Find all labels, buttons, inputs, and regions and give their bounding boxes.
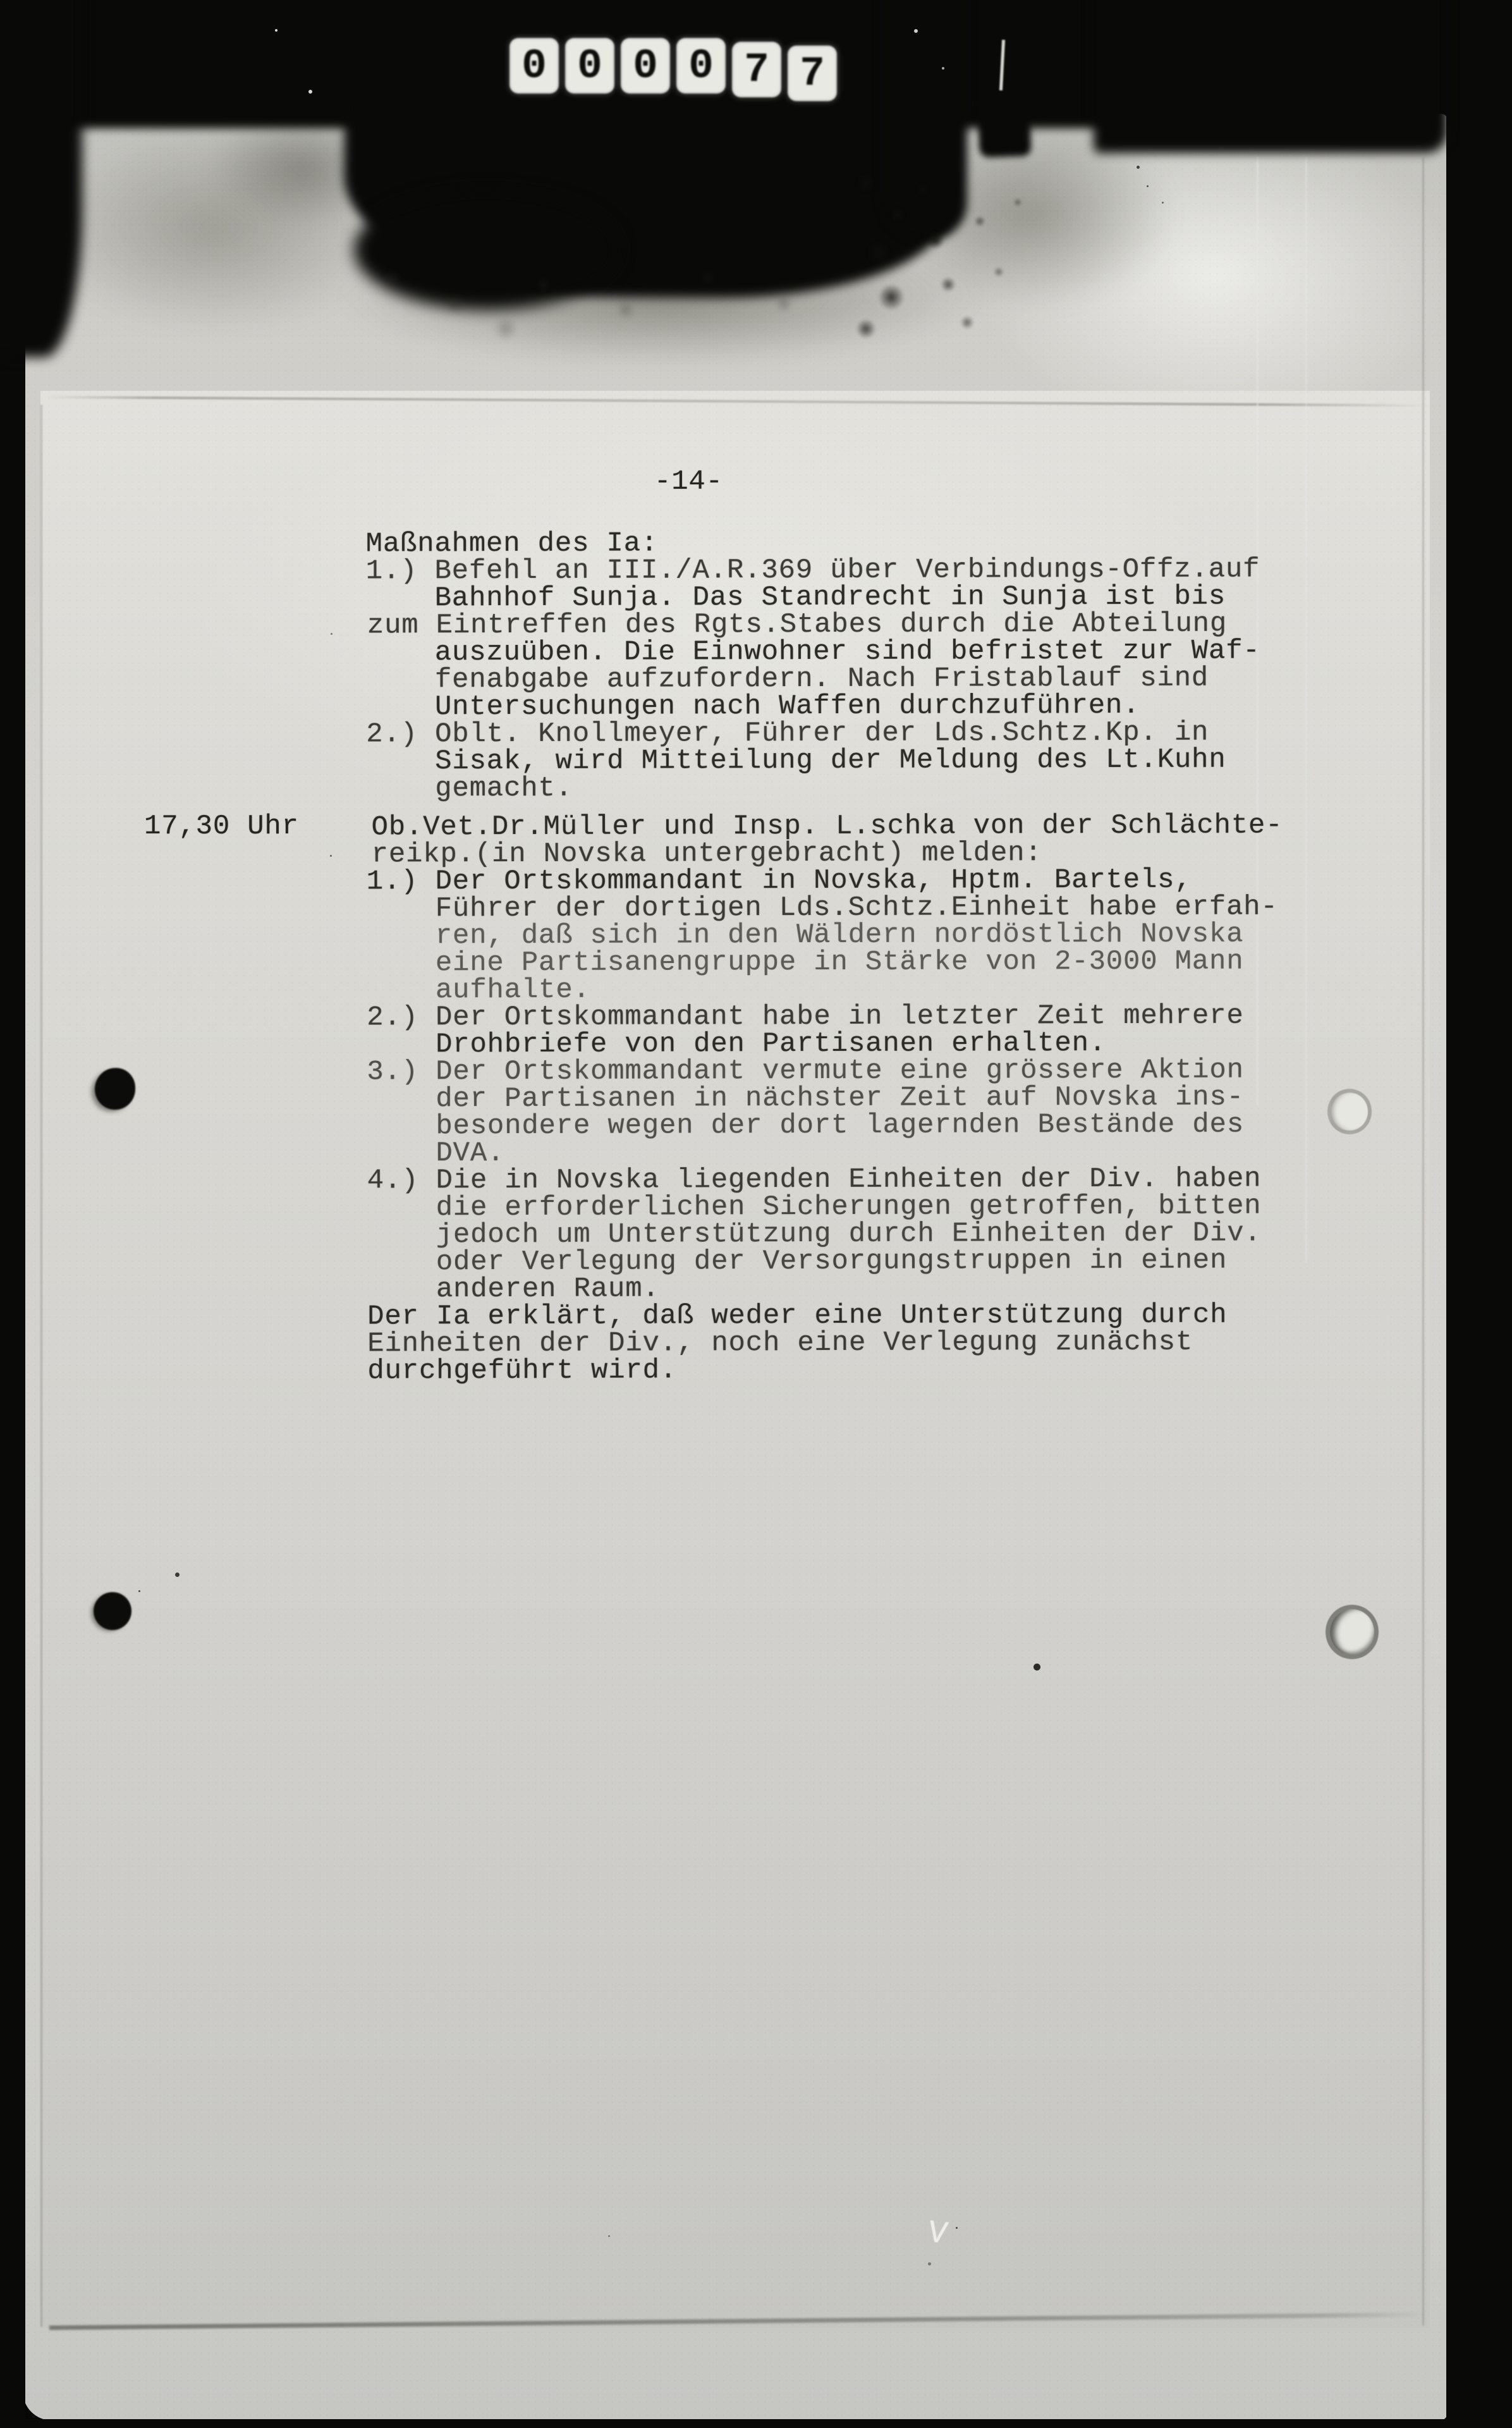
punch-hole-right-upper bbox=[1327, 1089, 1372, 1134]
stamp-digit: 0 bbox=[509, 38, 559, 94]
punch-hole-left-lower bbox=[94, 1592, 131, 1630]
typed-line: reikp.(in Novska untergebracht) melden: bbox=[372, 839, 1283, 868]
stamp-digit: 0 bbox=[676, 38, 726, 94]
ink-splatter-faint bbox=[354, 253, 872, 367]
punch-hole-left-upper bbox=[95, 1068, 135, 1110]
page-number: -14- bbox=[654, 469, 723, 496]
margin-time-label: 17,30 Uhr bbox=[144, 813, 299, 840]
typed-line: 2.) Der Ortskommandant habe in letzter Z… bbox=[367, 1002, 1278, 1031]
typed-line: Sisak, wird Mitteilung der Meldung des L… bbox=[366, 746, 1277, 775]
typed-line: Ob.Vet.Dr.Müller und Insp. L.schka von d… bbox=[372, 812, 1283, 841]
ink-specks bbox=[175, 1573, 180, 1577]
typed-line: fenabgabe aufzufordern. Nach Fristablauf… bbox=[366, 665, 1277, 694]
scan-border-top-right bbox=[1094, 0, 1448, 153]
typed-line: oder Verlegung der Versorgungstruppen in… bbox=[367, 1247, 1279, 1276]
ink-splatter bbox=[841, 145, 1056, 360]
stamp-counter-digits: 000077 bbox=[509, 38, 843, 94]
stamp-digit: 7 bbox=[788, 46, 837, 101]
typed-line: besondere wegen der dort lagernden Bestä… bbox=[367, 1111, 1279, 1140]
stamp-digit: 0 bbox=[621, 38, 670, 94]
scan-border-right bbox=[1446, 0, 1512, 2428]
typed-line: gemacht. bbox=[366, 773, 1277, 802]
scan-border-left bbox=[0, 0, 25, 2428]
punch-hole-right-lower bbox=[1326, 1605, 1379, 1659]
typed-line: Einheiten der Div., noch eine Verlegung … bbox=[367, 1328, 1279, 1358]
paper-crease bbox=[1422, 158, 1424, 2326]
scanned-document-page: -14- 17,30 Uhr Maßnahmen des Ia:1.) Befe… bbox=[0, 0, 1512, 2428]
film-specks bbox=[275, 29, 277, 32]
typed-line: eine Partisanengruppe in Stärke von 2-30… bbox=[367, 948, 1278, 977]
typed-text-block: Maßnahmen des Ia:1.) Befehl an III./A.R.… bbox=[366, 529, 1279, 1385]
typed-line: 1.) Befehl an III./A.R.369 über Verbindu… bbox=[366, 556, 1277, 585]
typed-line: anderen Raum. bbox=[367, 1274, 1279, 1303]
stamp-digit: 0 bbox=[565, 38, 614, 94]
page-left-edge bbox=[40, 405, 42, 2327]
typed-line: zum Eintreffen des Rgts.Stabes durch die… bbox=[367, 610, 1279, 639]
scan-border-bottom bbox=[0, 2419, 1512, 2428]
stamp-digit: 7 bbox=[732, 42, 781, 97]
typed-line: 2.) Oblt. Knollmeyer, Führer der Lds.Sch… bbox=[366, 719, 1277, 748]
paper-crease bbox=[1305, 157, 1307, 1263]
typed-line: durchgeführt wird. bbox=[367, 1356, 1279, 1385]
scan-border-top-left bbox=[0, 0, 82, 357]
